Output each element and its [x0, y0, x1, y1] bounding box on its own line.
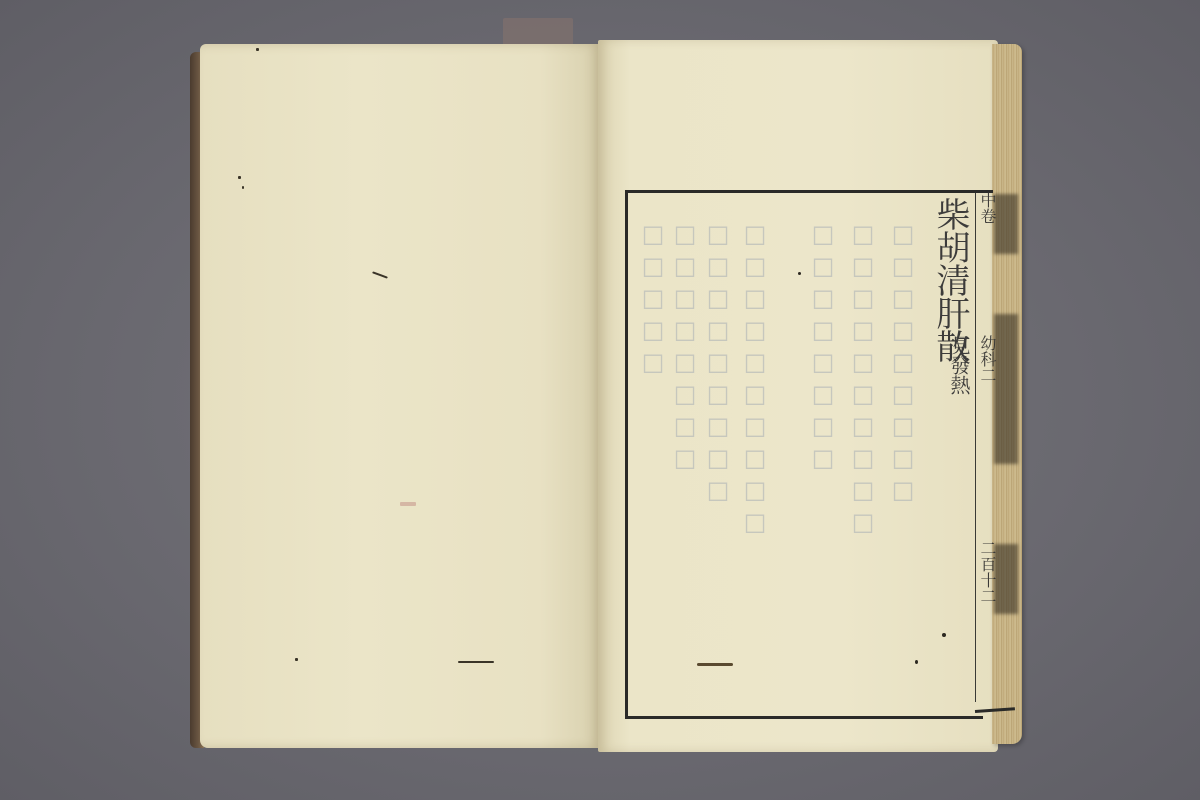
bleed-through-column: □□□□□ — [640, 220, 666, 380]
open-book: □□□□□ □□□□□□□□ □□□□□□□□□ □□□□□□□□□□ □□□□… — [0, 0, 1200, 800]
ink-speck — [295, 658, 298, 661]
block-center-volume: 中卷 — [978, 192, 996, 224]
bleed-through-column: □□□□□□□□□ — [705, 220, 731, 508]
edge-ink-marking — [994, 314, 1018, 464]
ink-speck — [238, 176, 241, 179]
ink-speck — [798, 272, 801, 275]
bleed-through-column: □□□□□□□□ — [672, 220, 698, 476]
ink-speck — [242, 186, 244, 189]
bleed-through-column: □□□□□□□□□□ — [742, 220, 768, 540]
worm-hole — [697, 663, 733, 666]
ink-speck — [942, 633, 946, 637]
bleed-through-column: □□□□□□□□□□ — [850, 220, 876, 540]
ink-speck — [458, 661, 494, 663]
block-center-section: 幼科二 — [978, 335, 996, 383]
fore-edge — [992, 44, 1022, 744]
ink-speck — [372, 271, 388, 278]
edge-ink-marking — [994, 544, 1018, 614]
edge-ink-marking — [994, 194, 1018, 254]
left-page — [200, 44, 600, 748]
bleed-through-column: □□□□□□□□ — [810, 220, 836, 476]
block-center-rule — [975, 192, 976, 702]
bleed-through-column: □□□□□□□□□ — [890, 220, 916, 508]
title-annotation: 見發熱 — [948, 335, 970, 395]
ink-speck — [256, 48, 259, 51]
stain — [400, 502, 416, 506]
block-center-leaf-number: 二百十二 — [978, 540, 996, 604]
ink-speck — [915, 660, 918, 664]
